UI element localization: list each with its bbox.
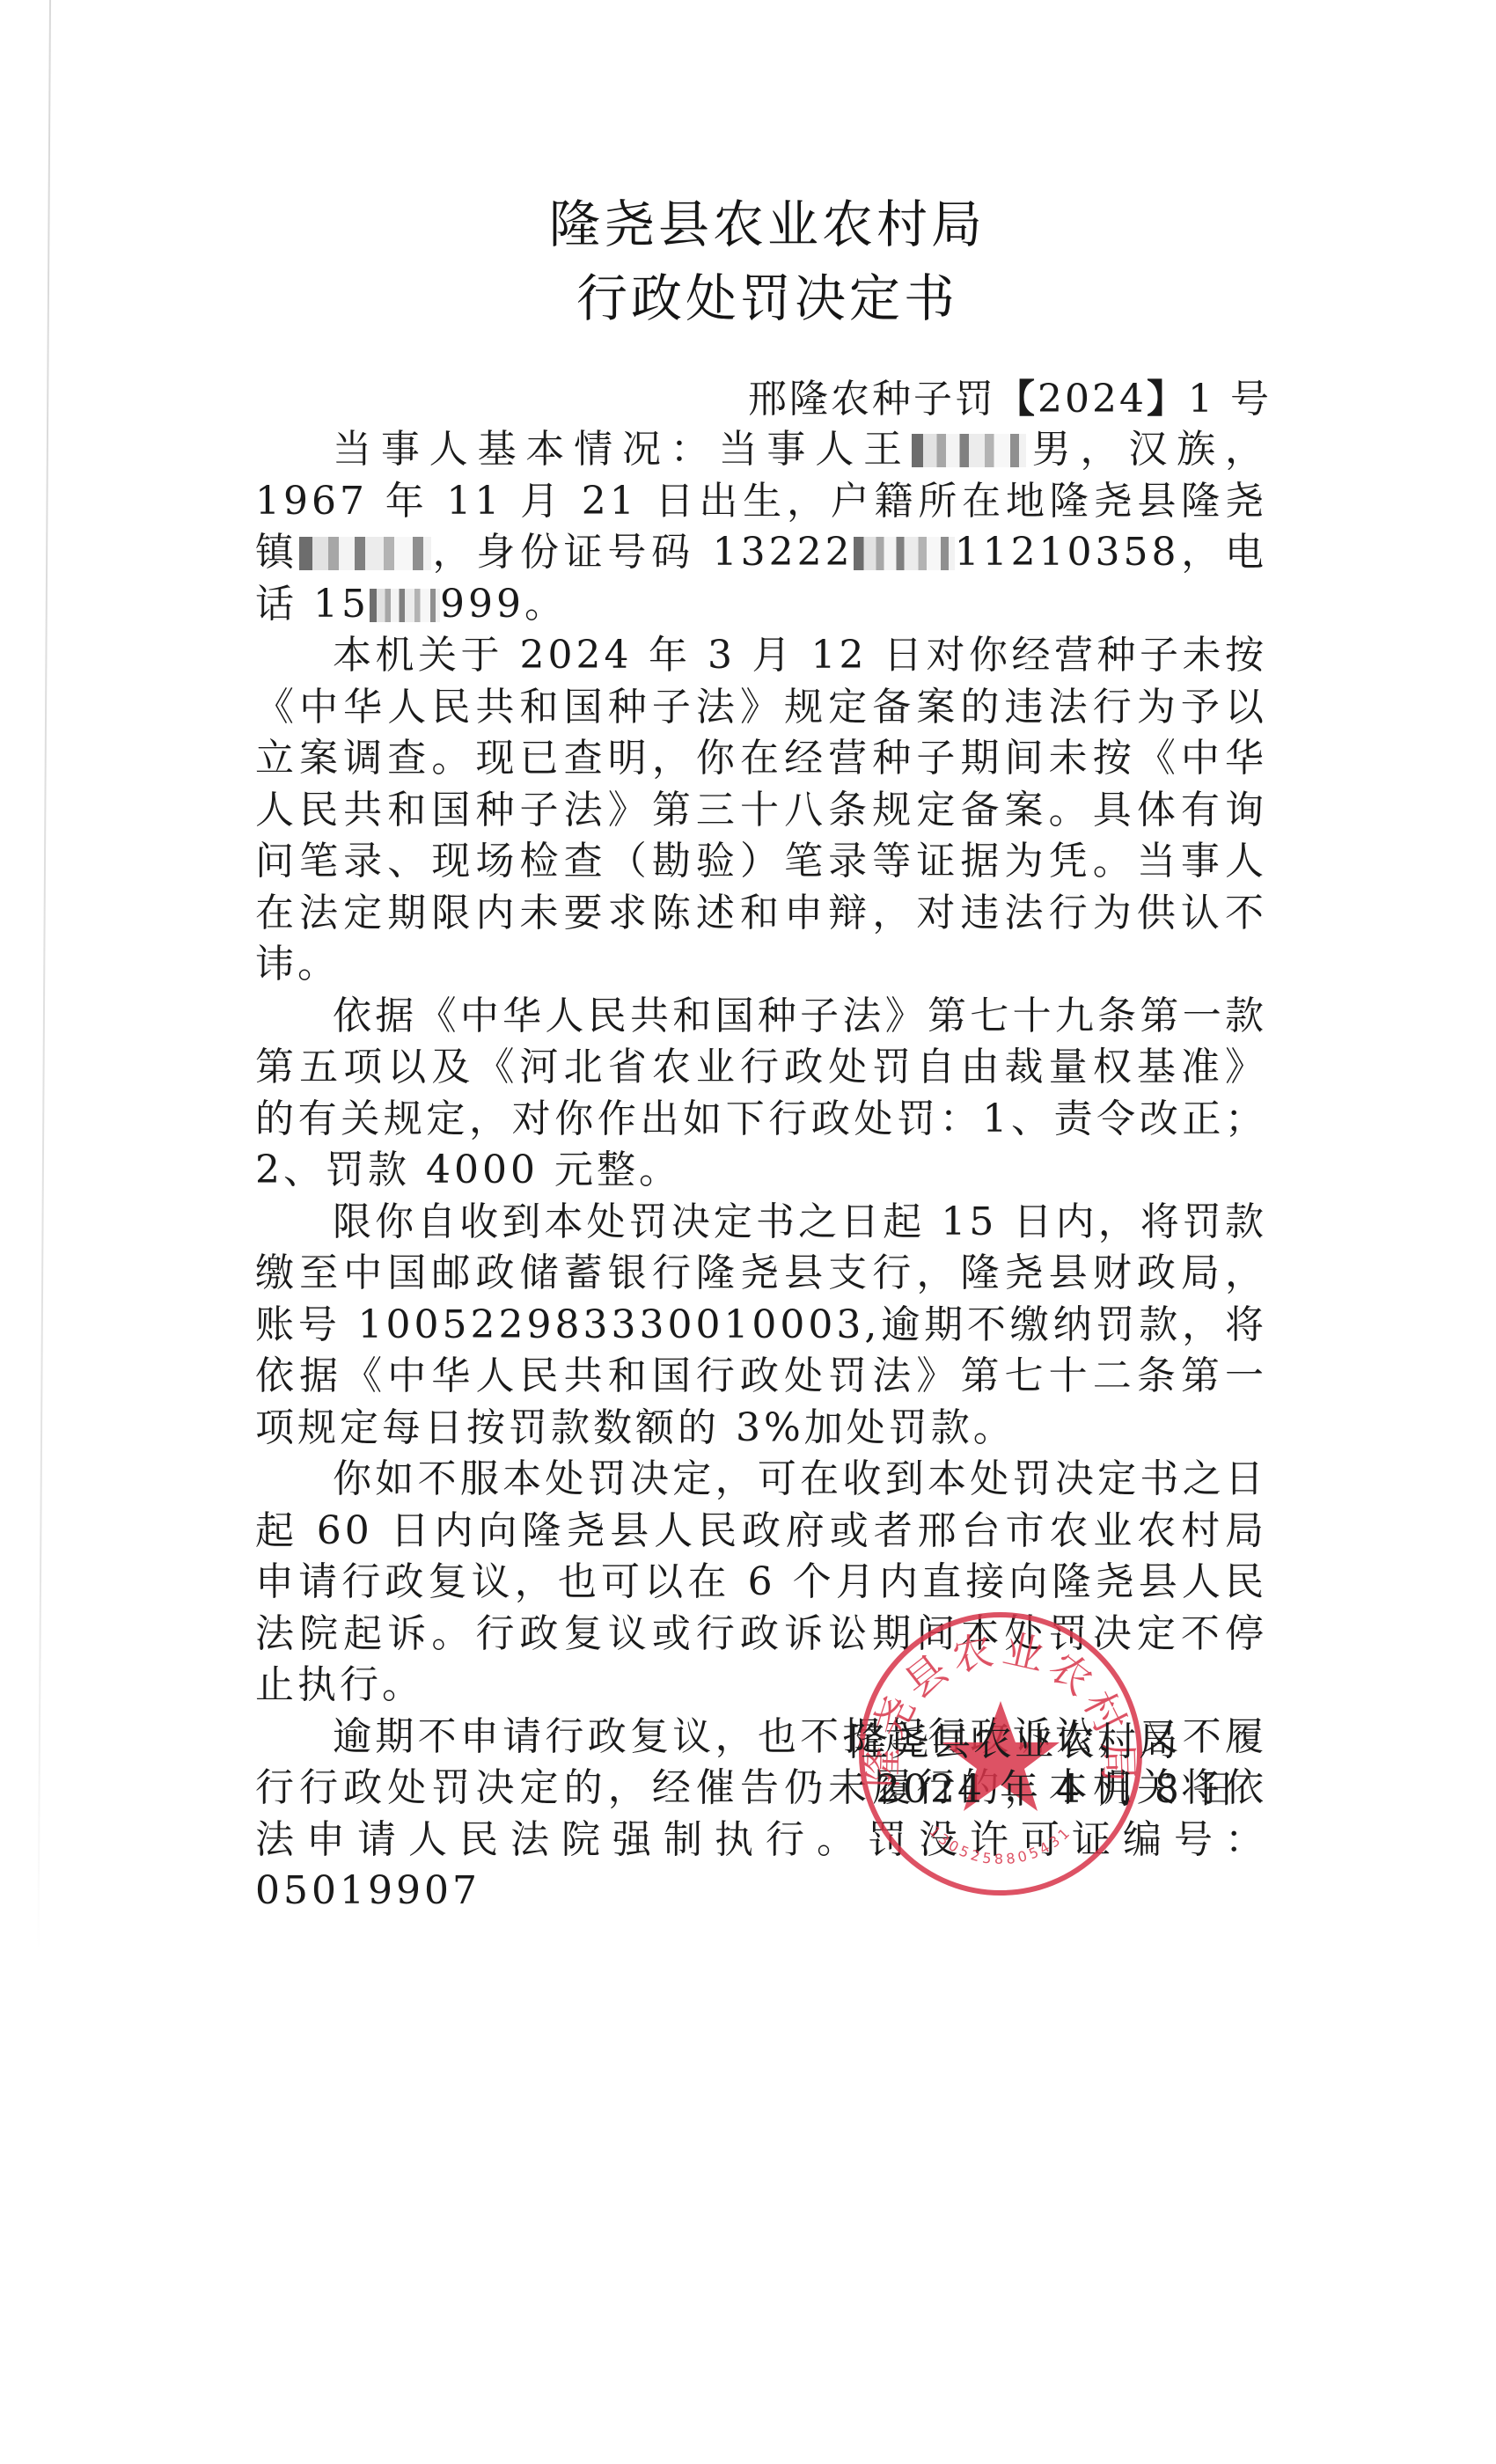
party-info-text: ，身份证号码 13222 bbox=[431, 530, 854, 575]
party-info-text: 当事人基本情况：当事人王 bbox=[333, 427, 912, 472]
signature-organization: 隆尧县农业农村局 bbox=[849, 1723, 1180, 1762]
party-info-paragraph: 当事人基本情况：当事人王男，汉族，1967 年 11 月 21 日出生，户籍所在… bbox=[255, 424, 1267, 630]
redacted-id-number bbox=[854, 537, 955, 570]
document-number-bracket-close: 】 bbox=[1147, 377, 1188, 422]
svg-text:1305258805431: 1305258805431 bbox=[926, 1822, 1075, 1867]
document-number-year: 2024 bbox=[1038, 377, 1147, 422]
signature-date: 2024 年 4 月 8 日 bbox=[876, 1771, 1238, 1809]
issuer-title: 隆尧县农业农村局 bbox=[19, 199, 1496, 250]
payment-paragraph: 限你自收到本处罚决定书之日起 15 日内，将罚款缴至中国邮政储蓄银行隆尧县支行，… bbox=[255, 1197, 1267, 1455]
document-title: 行政处罚决定书 bbox=[19, 273, 1496, 324]
redacted-phone bbox=[370, 589, 440, 622]
redacted-address bbox=[299, 537, 431, 570]
redacted-name bbox=[912, 434, 1026, 467]
document-number-suffix: 1 号 bbox=[1188, 377, 1272, 422]
penalty-paragraph: 依据《中华人民共和国种子法》第七十九条第一款第五项以及《河北省农业行政处罚自由裁… bbox=[255, 991, 1267, 1197]
document-number-prefix: 邢隆农种子罚 bbox=[748, 377, 996, 422]
investigation-paragraph: 本机关于 2024 年 3 月 12 日对你经营种子未按《中华人民共和国种子法》… bbox=[255, 630, 1267, 991]
document-number: 邢隆农种子罚【2024】1 号 bbox=[748, 380, 1272, 419]
seal-code: 1305258805431 bbox=[926, 1822, 1075, 1867]
party-info-text: 999。 bbox=[440, 582, 567, 627]
document-number-bracket-open: 【 bbox=[996, 377, 1038, 422]
